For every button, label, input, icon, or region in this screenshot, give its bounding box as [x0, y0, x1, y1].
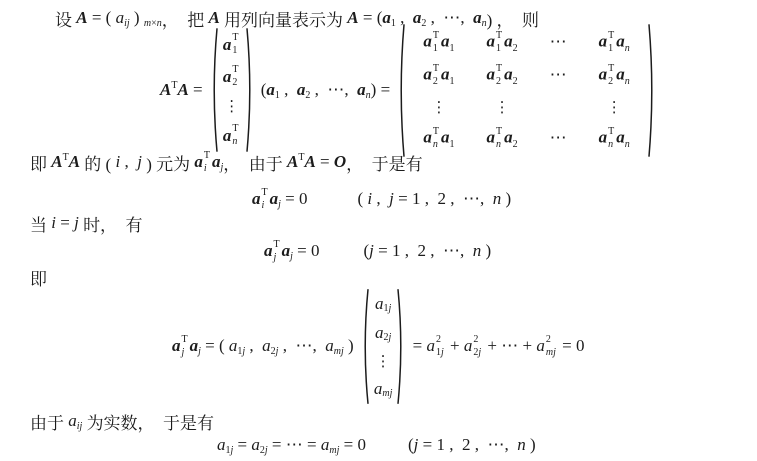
column-vector: aT1aT2⋮aTn: [211, 27, 253, 153]
script-char: n: [625, 139, 630, 150]
subscript: n: [232, 137, 237, 147]
paren-left-icon: [362, 288, 369, 405]
subscript: 1: [433, 44, 438, 54]
math-text: (: [357, 189, 367, 209]
script-char: 2: [513, 43, 518, 54]
subscript: 2: [232, 78, 237, 88]
subscript: 2: [496, 77, 501, 87]
entry-explanation-line: 即 ATA 的 ( i , j ) 元为 aTiaj， 由于 ATA = O， …: [30, 151, 423, 173]
math-text: 为实数， 于是有: [82, 409, 214, 434]
vector-row: ⋮: [376, 352, 391, 370]
script-char: j: [441, 348, 444, 358]
all-entries-zero-equation: a1j = a2j = ⋯ = amj = 0(j = 1 , 2 , ⋯, n…: [217, 433, 536, 457]
script-char: j: [278, 199, 281, 210]
superscript: T: [433, 31, 439, 41]
subscript: 2j: [271, 346, 279, 357]
sum-of-squares-equation: aTjaj = ( a1j , a2j , ⋯, amj ) a1ja2j⋮am…: [172, 287, 584, 405]
matrix-cell: ⋮: [407, 92, 470, 122]
matrix-cell: ⋯: [534, 26, 583, 59]
math-variable-bold: a: [252, 189, 261, 209]
subscript: 1: [450, 76, 455, 87]
vector-row: aT2: [223, 65, 241, 88]
script-char: j: [341, 346, 344, 357]
vector-row: amj: [374, 379, 393, 399]
superscript: T: [232, 65, 238, 75]
vector-row: aT1: [223, 33, 241, 56]
script-char: T: [608, 31, 614, 41]
math-variable-bold: A: [347, 8, 358, 28]
subscript: ij: [77, 421, 83, 432]
math-text: 时， 有: [79, 211, 143, 236]
superscript: T: [433, 127, 439, 137]
math-variable-bold: a: [504, 31, 513, 50]
script-char: n: [608, 140, 613, 150]
script-char: n: [625, 76, 630, 87]
math-text: ): [526, 435, 536, 455]
math-text: ⋯: [550, 32, 567, 51]
stacked-scripts: Tn: [496, 127, 502, 150]
math-variable: n: [517, 435, 526, 455]
math-text: ) 元为: [142, 150, 194, 175]
math-text: +: [446, 336, 464, 356]
math-text: = ⋯ =: [268, 435, 321, 455]
stacked-scripts: T2: [608, 64, 614, 87]
math-variable-bold: a: [441, 64, 450, 83]
vector-row: ⋮: [224, 97, 239, 115]
real-number-line: 由于 aij 为实数， 于是有: [30, 410, 214, 432]
math-text: = (: [359, 8, 383, 28]
superscript: T: [298, 152, 304, 163]
math-text: 设: [55, 6, 76, 31]
vector-row: a2j: [375, 323, 391, 343]
math-variable-bold: a: [599, 127, 608, 146]
matrix-cell: aT2a1: [407, 59, 470, 92]
stacked-scripts: Tn: [608, 127, 614, 150]
script-char: T: [496, 127, 502, 137]
column-vector-body: a1ja2j⋮amj: [369, 288, 398, 405]
script-char: j: [389, 332, 392, 343]
column-vector: a1ja2j⋮amj: [362, 288, 405, 405]
stacked-scripts: T1: [232, 33, 238, 56]
script-char: j: [242, 346, 245, 357]
script-char: n: [496, 140, 501, 150]
script-char: 1: [450, 76, 455, 87]
superscript: 2: [473, 335, 478, 345]
subscript: j: [198, 346, 201, 357]
vertical-dots: ⋮: [376, 352, 391, 370]
vertical-dots: ⋮: [495, 98, 510, 116]
script-char: m: [382, 388, 389, 399]
superscript: 2: [436, 335, 441, 345]
spacer: [319, 251, 363, 252]
math-variable-bold: a: [282, 241, 291, 261]
math-variable: a: [464, 336, 473, 356]
math-variable-bold: a: [441, 127, 450, 146]
script-char: 1: [232, 46, 237, 56]
math-variable-bold: a: [423, 31, 432, 50]
subscript: 2: [513, 43, 518, 54]
stacked-scripts: T1: [496, 31, 502, 54]
script-char: T: [608, 127, 614, 137]
script-char: T: [232, 124, 238, 134]
math-variable: a: [321, 435, 330, 455]
superscript: T: [496, 127, 502, 137]
script-char: j: [198, 346, 201, 357]
subscript: n: [366, 90, 371, 101]
script-char: 2: [232, 78, 237, 88]
matrix-cell: aT1a2: [471, 26, 534, 59]
script-char: 1: [450, 139, 455, 150]
subscript: j: [278, 199, 281, 210]
script-char: j: [127, 18, 130, 29]
script-char: T: [496, 64, 502, 74]
stacked-scripts: T2: [433, 64, 439, 87]
math-variable-bold: a: [194, 152, 203, 172]
subscript: m×n: [144, 18, 162, 29]
script-char: 1: [391, 18, 396, 29]
stacked-scripts: Tj: [182, 335, 188, 358]
script-char: 1: [433, 44, 438, 54]
matrix-cell: aT1a1: [407, 26, 470, 59]
subscript: j: [220, 162, 223, 173]
math-variable-bold: a: [616, 127, 625, 146]
superscript: 2: [546, 335, 551, 345]
math-text: = (: [88, 8, 116, 28]
math-text: =: [189, 80, 207, 100]
math-text: ,: [280, 80, 297, 100]
script-char: 2: [473, 335, 478, 345]
paren-left-icon: [211, 27, 218, 153]
stacked-scripts: Tn: [433, 127, 439, 150]
script-char: T: [608, 64, 614, 74]
stacked-scripts: 21j: [436, 335, 444, 358]
math-variable-bold: a: [599, 64, 608, 83]
superscript: T: [496, 64, 502, 74]
script-char: j: [478, 348, 481, 358]
script-char: j: [390, 388, 393, 399]
script-char: i: [204, 164, 207, 174]
math-variable-bold: a: [487, 31, 496, 50]
subscript: j: [182, 348, 185, 358]
superscript: T: [182, 335, 188, 345]
math-variable-bold: A: [287, 152, 298, 172]
stacked-scripts: Tj: [274, 240, 280, 263]
math-variable: a: [116, 8, 125, 28]
math-variable-bold: a: [487, 64, 496, 83]
script-char: j: [290, 251, 293, 262]
math-variable: a: [262, 336, 271, 356]
superscript: T: [496, 31, 502, 41]
script-char: n: [232, 137, 237, 147]
stacked-scripts: 2mj: [546, 335, 556, 358]
script-char: 2: [608, 77, 613, 87]
math-text: ,: [245, 336, 262, 356]
math-text: , ⋯,: [310, 80, 357, 100]
script-char: 2: [546, 335, 551, 345]
script-char: j: [80, 421, 83, 432]
matrix-body: aT1a1aT1a2⋯aT1anaT2a1aT2a2⋯aT2an⋮⋮⋮aTna1…: [405, 23, 647, 158]
script-char: 2: [305, 90, 310, 101]
math-text: , ⋯,: [278, 336, 325, 356]
vertical-dots: ⋮: [431, 98, 446, 116]
math-text: = 0: [293, 241, 320, 261]
math-variable-bold: A: [160, 80, 171, 100]
script-char: i: [262, 201, 265, 211]
script-char: m: [334, 346, 341, 357]
subscript: 2: [305, 90, 310, 101]
script-char: 1: [450, 43, 455, 54]
subscript: 1j: [436, 348, 444, 358]
matrix: aT1a1aT1a2⋯aT1anaT2a1aT2a2⋯aT2an⋮⋮⋮aTna1…: [398, 23, 654, 158]
math-text: (: [257, 80, 267, 100]
math-variable-bold: a: [504, 127, 513, 146]
column-vector-body: aT1aT2⋮aTn: [218, 27, 246, 153]
script-char: j: [337, 445, 340, 456]
script-char: j: [276, 346, 279, 357]
math-text: =: [408, 336, 426, 356]
stacked-scripts: Tn: [232, 124, 238, 147]
matrix-row: aT1a1aT1a2⋯aT1an: [407, 26, 645, 59]
math-variable-bold: a: [382, 8, 391, 28]
subscript: 2j: [384, 332, 392, 343]
matrix-cell: ⋯: [534, 122, 583, 155]
math-text: 的 (: [80, 150, 115, 175]
stacked-scripts: Ti: [262, 188, 268, 211]
script-char: 2: [513, 139, 518, 150]
math-variable-bold: a: [264, 241, 273, 261]
subscript: n: [625, 139, 630, 150]
subscript: n: [625, 76, 630, 87]
superscript: T: [262, 188, 268, 198]
math-variable: a: [217, 435, 226, 455]
script-char: T: [433, 64, 439, 74]
math-text: 即: [30, 150, 51, 175]
subscript: ij: [124, 18, 130, 29]
script-char: j: [182, 348, 185, 358]
aiaj-zero-equation: aTiaj = 0( i , j = 1 , 2 , ⋯, n ): [252, 187, 511, 211]
script-char: 2: [436, 335, 441, 345]
subscript: i: [262, 201, 265, 211]
math-variable-bold: a: [487, 127, 496, 146]
math-variable-bold: a: [270, 189, 279, 209]
math-variable: a: [427, 336, 436, 356]
subscript: mj: [546, 348, 556, 358]
matrix-cell: ⋮: [583, 92, 646, 122]
math-variable: n: [493, 189, 502, 209]
matrix-cell: [534, 92, 583, 122]
script-char: 1: [608, 44, 613, 54]
math-variable-bold: a: [616, 31, 625, 50]
math-variable-bold: a: [172, 336, 181, 356]
math-text: = 0: [339, 435, 366, 455]
math-variable-bold: a: [266, 80, 275, 100]
math-variable-bold: A: [76, 8, 87, 28]
script-char: 2: [433, 77, 438, 87]
subscript: 1: [232, 46, 237, 56]
spacer: [307, 199, 357, 200]
math-text: = 0: [281, 189, 308, 209]
math-variable-bold: A: [304, 152, 315, 172]
superscript: T: [232, 124, 238, 134]
subscript: mj: [329, 445, 339, 456]
math-variable-bold: a: [504, 64, 513, 83]
script-char: T: [232, 65, 238, 75]
math-text: =: [233, 435, 251, 455]
subscript: 1: [450, 139, 455, 150]
math-variable-bold: A: [51, 152, 62, 172]
math-text: ): [344, 336, 358, 356]
math-variable-bold: A: [208, 8, 219, 28]
ajaj-zero-equation: aTjaj = 0(j = 1 , 2 , ⋯, n ): [264, 239, 491, 263]
math-variable-bold: A: [69, 152, 80, 172]
matrix-cell: aT2an: [583, 59, 646, 92]
math-variable-bold: a: [599, 31, 608, 50]
namely-line: 即: [30, 266, 47, 288]
subscript: i: [204, 164, 207, 174]
subscript: j: [290, 251, 293, 262]
math-variable: n: [473, 241, 482, 261]
math-text: = (: [201, 336, 229, 356]
script-char: T: [262, 188, 268, 198]
script-char: T: [232, 33, 238, 43]
when-i-equals-j-line: 当 i = j 时， 有: [30, 212, 143, 234]
script-char: j: [265, 445, 268, 456]
math-variable-bold: a: [441, 31, 450, 50]
math-text: = 0: [558, 336, 585, 356]
script-char: T: [433, 127, 439, 137]
script-char: n: [157, 18, 162, 29]
subscript: 1: [496, 44, 501, 54]
math-variable-bold: a: [357, 80, 366, 100]
math-text: ， 由于: [223, 150, 287, 175]
superscript: T: [274, 240, 280, 250]
math-text: = 1 , 2 , ⋯,: [418, 435, 517, 455]
math-text: ,: [372, 189, 389, 209]
spacer: [366, 445, 408, 446]
subscript: 2: [513, 139, 518, 150]
math-variable: a: [68, 411, 77, 431]
math-variable-bold: a: [297, 80, 306, 100]
math-variable-bold: a: [190, 336, 199, 356]
script-char: T: [496, 31, 502, 41]
math-variable: a: [374, 379, 383, 399]
subscript: mj: [334, 346, 344, 357]
script-char: n: [433, 140, 438, 150]
math-text: ⋯: [550, 128, 567, 147]
script-char: j: [389, 303, 392, 314]
matrix-cell: ⋮: [471, 92, 534, 122]
subscript: 1j: [384, 303, 392, 314]
superscript: T: [608, 127, 614, 137]
matrix-row: aTna1aTna2⋯aTnan: [407, 122, 645, 155]
script-char: n: [366, 90, 371, 101]
paren-right-icon: [397, 288, 404, 405]
subscript: n: [433, 140, 438, 150]
math-variable: a: [325, 336, 334, 356]
math-variable: a: [536, 336, 545, 356]
stacked-scripts: T2: [496, 64, 502, 87]
script-char: 1: [496, 44, 501, 54]
matrix-cell: aTna2: [471, 122, 534, 155]
math-variable-bold: a: [616, 64, 625, 83]
math-variable-bold: a: [223, 67, 232, 87]
script-char: j: [553, 348, 556, 358]
script-char: j: [231, 445, 234, 456]
math-text: ,: [120, 152, 137, 172]
script-char: T: [298, 152, 304, 163]
math-text: ): [481, 241, 491, 261]
superscript: T: [433, 64, 439, 74]
math-variable-bold: O: [334, 152, 346, 172]
superscript: T: [171, 80, 177, 91]
subscript: 2: [433, 77, 438, 87]
subscript: 1: [608, 44, 613, 54]
gram-matrix-equation: ATA = aT1aT2⋮aTn (a1 , a2 , ⋯, an) = aT1…: [160, 30, 659, 150]
script-char: T: [171, 80, 177, 91]
subscript: 2j: [473, 348, 481, 358]
script-char: j: [274, 253, 277, 263]
math-text: ) =: [371, 80, 395, 100]
script-char: T: [204, 151, 210, 161]
stacked-scripts: T1: [433, 31, 439, 54]
math-text: =: [316, 152, 334, 172]
stacked-scripts: T1: [608, 31, 614, 54]
math-variable: a: [375, 323, 384, 343]
script-char: j: [220, 162, 223, 173]
superscript: T: [608, 64, 614, 74]
subscript: n: [496, 140, 501, 150]
vertical-dots: ⋮: [224, 97, 239, 115]
math-text: =: [56, 213, 74, 233]
matrix-row: aT2a1aT2a2⋯aT2an: [407, 59, 645, 92]
script-char: m: [546, 348, 553, 358]
matrix-cell: ⋯: [534, 59, 583, 92]
matrix-cell: aT2a2: [471, 59, 534, 92]
math-text: ): [130, 8, 144, 28]
stacked-scripts: Ti: [204, 151, 210, 174]
subscript: n: [625, 43, 630, 54]
math-text: ⋯: [550, 65, 567, 84]
math-variable: a: [229, 336, 238, 356]
subscript: 1j: [226, 445, 234, 456]
math-variable-bold: a: [423, 127, 432, 146]
superscript: T: [63, 152, 69, 163]
vector-row: a1j: [375, 294, 391, 314]
document-page: 设 A = ( aij ) m×n， 把 A 用列向量表示为 A = (a1 ,…: [0, 0, 757, 461]
vertical-dots: ⋮: [607, 98, 622, 116]
math-text: ， 于是有: [346, 150, 423, 175]
subscript: 1: [450, 43, 455, 54]
script-char: m: [329, 445, 336, 456]
math-text: 当: [30, 211, 51, 236]
script-char: 2: [496, 77, 501, 87]
subscript: 1: [391, 18, 396, 29]
matrix-row: ⋮⋮⋮: [407, 92, 645, 122]
subscript: mj: [382, 388, 392, 399]
subscript: 1: [275, 90, 280, 101]
math-variable-bold: a: [223, 35, 232, 55]
script-char: 2: [513, 76, 518, 87]
vector-row: aTn: [223, 124, 241, 147]
paren-right-icon: [246, 27, 253, 153]
subscript: n: [608, 140, 613, 150]
paren-left-icon: [398, 23, 405, 158]
stacked-scripts: T2: [232, 65, 238, 88]
script-char: 1: [275, 90, 280, 101]
math-variable-bold: A: [177, 80, 188, 100]
stacked-scripts: 22j: [473, 335, 481, 358]
math-variable: a: [375, 294, 384, 314]
